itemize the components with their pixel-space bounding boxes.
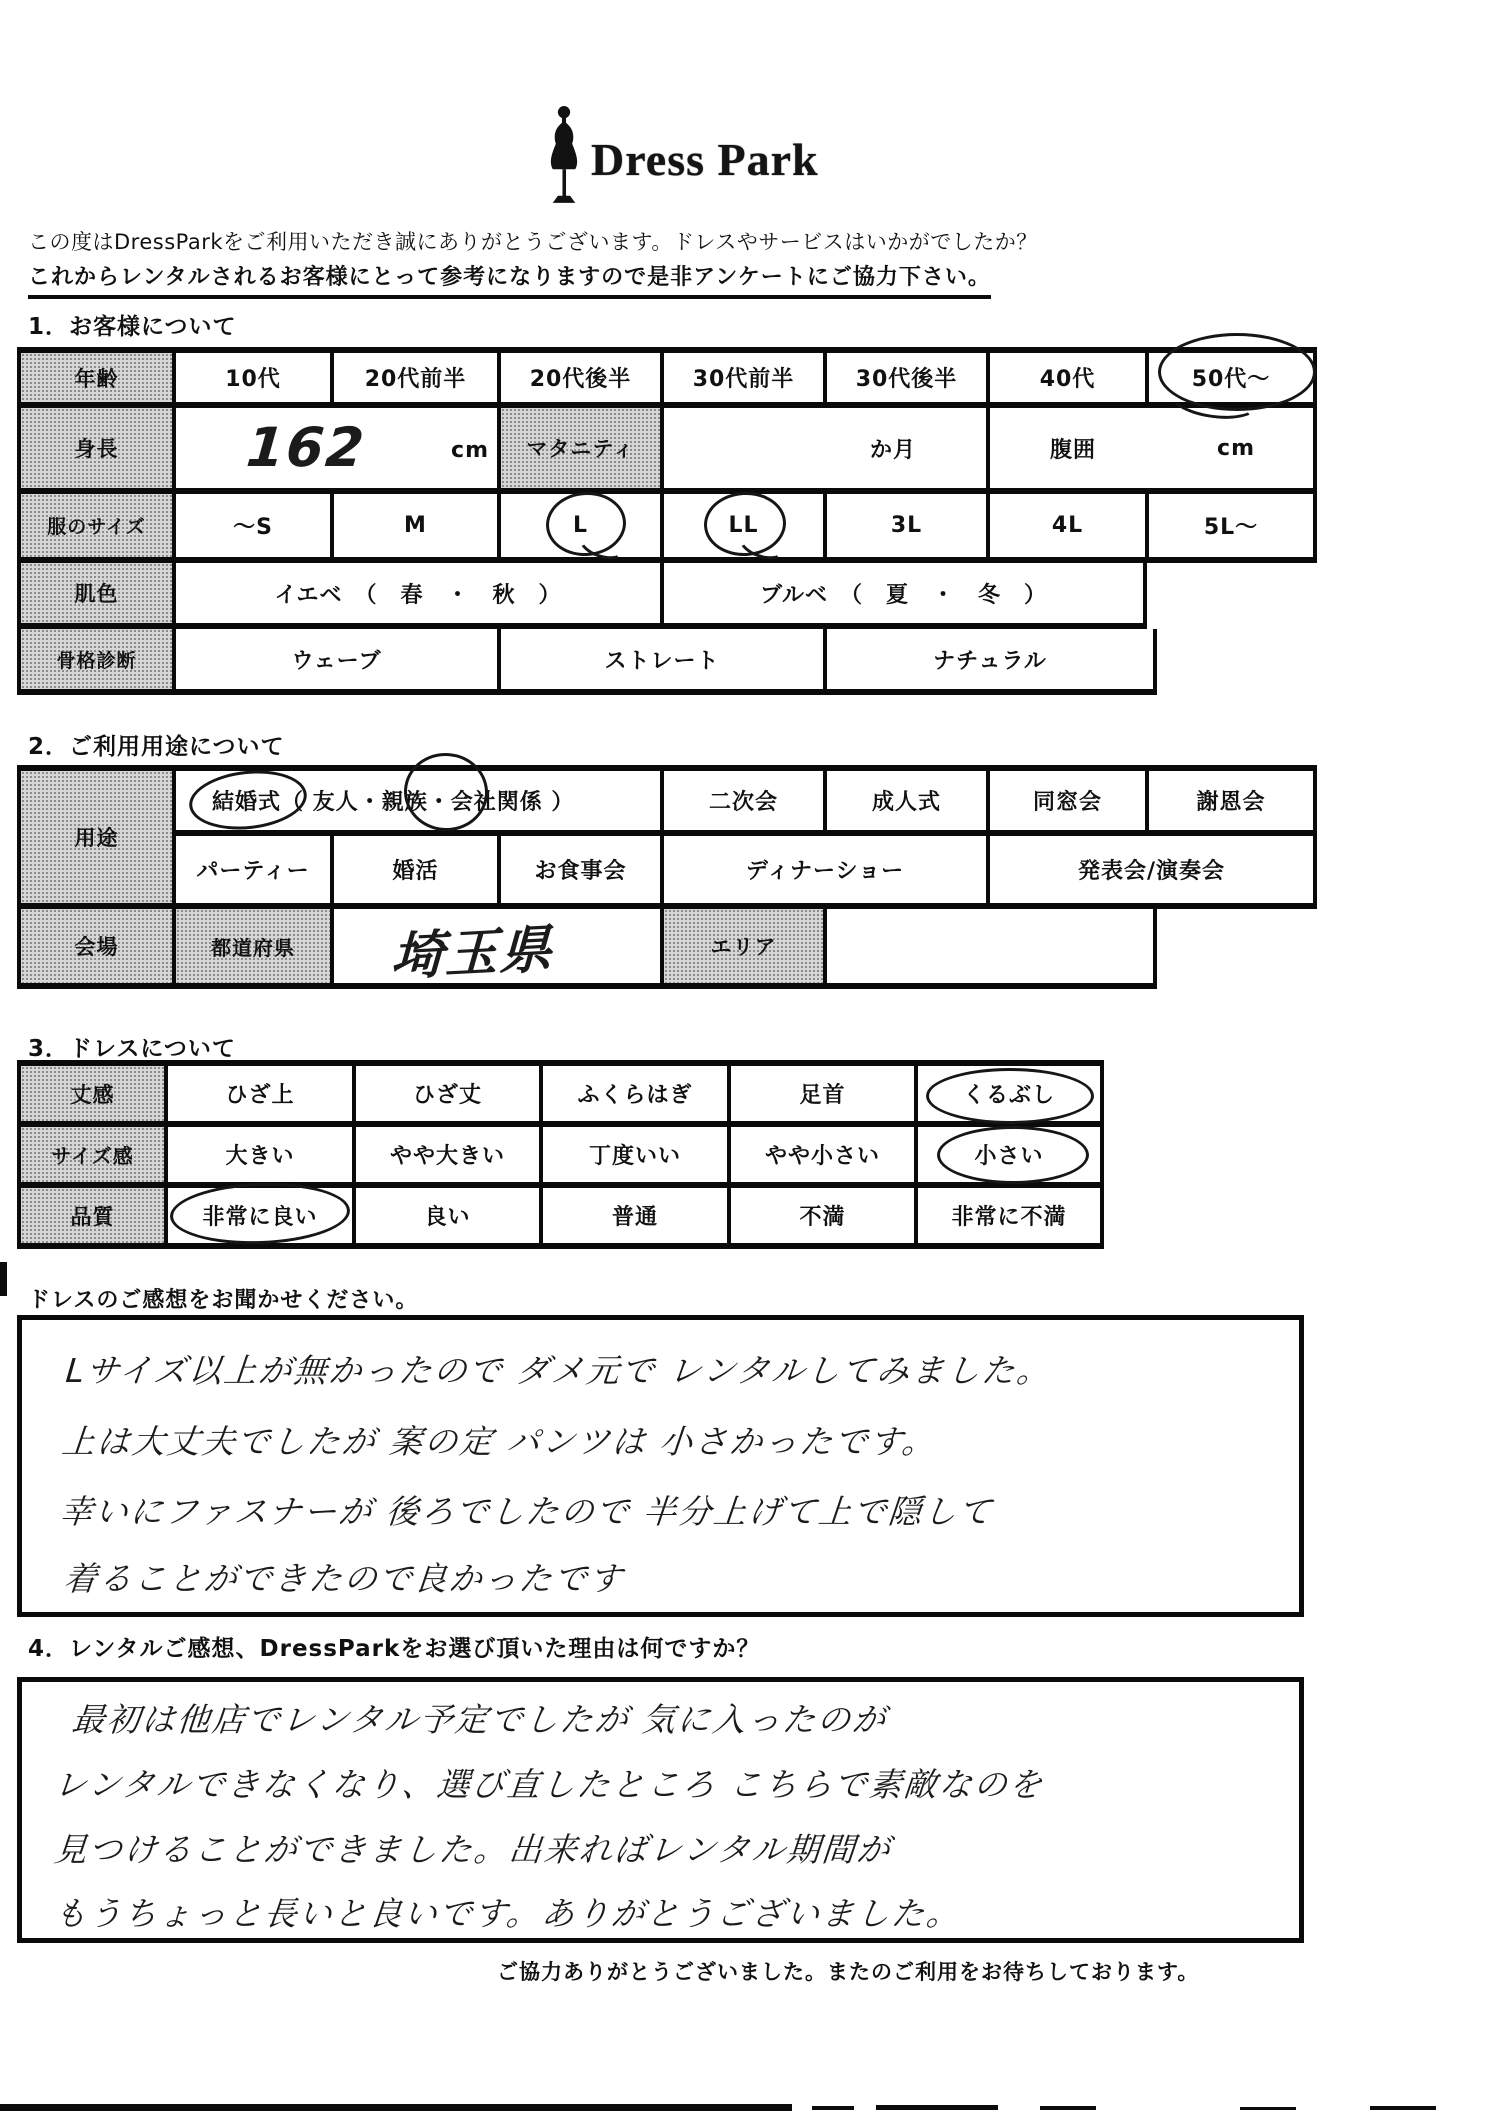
size-option-s: ～S <box>176 494 334 563</box>
feedback-box: Lサイズ以上が無かったので ダメ元で レンタルしてみました。 上は大丈夫でしたが… <box>17 1315 1304 1617</box>
scan-artifact-bottom-line-3 <box>876 2105 998 2110</box>
height-unit: cm <box>451 438 489 463</box>
height-label-cell: 身長 <box>21 408 176 494</box>
skin-option-yellow-base: イエベ （ 春 ・ 秋 ） <box>176 563 664 629</box>
quality-option-normal: 普通 <box>543 1188 731 1249</box>
age-label-cell: 年齢 <box>21 353 176 408</box>
feedback-line-4: 着ることができたので良かったです <box>62 1553 626 1600</box>
venue-row: 会場 都道府県 埼玉県 エリア <box>21 909 1317 989</box>
reason-line-1: 最初は他店でレンタル予定でしたが 気に入ったのが <box>70 1694 889 1741</box>
reason-line-3: 見つけることができました。出来ればレンタル期間が <box>52 1824 894 1871</box>
size-option-4l: 4L <box>990 494 1149 563</box>
length-option-knee: ひざ丈 <box>356 1066 543 1127</box>
scan-artifact-bottom-line-1 <box>0 2104 792 2111</box>
usage-label-cell: 用途 <box>21 771 176 909</box>
usage-option-reunion: 同窓会 <box>990 771 1149 836</box>
age-option-late30s: 30代後半 <box>827 353 990 408</box>
venue-pref-handwritten-value: 埼玉県 <box>390 907 555 990</box>
usage-row-2: パーティー 婚活 お食事会 ディナーショー 発表会/演奏会 <box>176 836 1317 909</box>
venue-label-cell: 会場 <box>21 909 176 989</box>
skin-option-blue-base: ブルベ （ 夏 ・ 冬 ） <box>664 563 1147 629</box>
venue-area-value-cell <box>827 909 1157 989</box>
quality-option-dissatisfied: 不満 <box>731 1188 918 1249</box>
feedback-line-1: Lサイズ以上が無かったので ダメ元で レンタルしてみました。 <box>64 1345 1054 1392</box>
reason-line-4: もうちょっと長いと良いです。ありがとうございました。 <box>52 1888 963 1935</box>
customer-info-table: 年齢 10代 20代前半 20代後半 30代前半 30代後半 40代 50代～ … <box>17 347 1317 695</box>
fit-label-cell: サイズ感 <box>21 1127 168 1188</box>
skin-label-cell: 肌色 <box>21 563 176 629</box>
usage-option-dinner-show: ディナーショー <box>664 836 990 909</box>
age-option-late20s: 20代後半 <box>501 353 664 408</box>
frame-option-straight: ストレート <box>501 629 827 695</box>
intro-line-1: この度はDressParkをご利用いただき誠にありがとうございます。ドレスやサー… <box>28 226 1038 256</box>
fit-option-large: 大きい <box>168 1127 356 1188</box>
fit-option-slightly-small: やや小さい <box>731 1127 918 1188</box>
quality-option-very-dissatisfied: 非常に不満 <box>918 1188 1104 1249</box>
waist-unit: cm <box>1217 436 1255 461</box>
frame-option-wave: ウェーブ <box>176 629 501 695</box>
usage-option-konkatsu: 婚活 <box>334 836 501 909</box>
feedback-prompt: ドレスのご感想をお聞かせください。 <box>28 1283 418 1314</box>
usage-option-coming-of-age: 成人式 <box>827 771 990 836</box>
frame-label-cell: 骨格診断 <box>21 629 176 695</box>
size-option-5l: 5L～ <box>1149 494 1317 563</box>
venue-pref-label-cell: 都道府県 <box>176 909 334 989</box>
height-value-cell: 162 cm <box>176 408 501 494</box>
maternity-months-cell: か月 <box>664 408 990 494</box>
maternity-cell: マタニティ <box>501 408 664 494</box>
quality-option-good: 良い <box>356 1188 543 1249</box>
scan-artifact-bottom-line-4 <box>1040 2106 1096 2110</box>
fit-option-slightly-large: やや大きい <box>356 1127 543 1188</box>
size-option-3l: 3L <box>827 494 990 563</box>
section3-title: 3．ドレスについて <box>28 1030 236 1063</box>
venue-pref-value-cell: 埼玉県 <box>334 909 664 989</box>
usage-option-party: パーティー <box>176 836 334 909</box>
size-label-cell: 服のサイズ <box>21 494 176 563</box>
usage-option-recital: 発表会/演奏会 <box>990 836 1317 909</box>
length-option-calf: ふくらはぎ <box>543 1066 731 1127</box>
section1-title: 1．お客様について <box>28 308 237 341</box>
brand-name: Dress Park <box>591 133 819 186</box>
age-option-early30s: 30代前半 <box>664 353 827 408</box>
usage-row-1: 結婚式（ 友人・親族・会社関係 ） 二次会 成人式 同窓会 謝恩会 <box>176 771 1317 836</box>
scanned-questionnaire-page: Dress Park この度はDressParkをご利用いただき誠にありがとうご… <box>0 0 1500 2127</box>
feedback-line-3: 幸いにファスナーが 後ろでしたので 半分上げて上で隠して <box>58 1486 995 1533</box>
age-option-40s: 40代 <box>990 353 1149 408</box>
age-option-early20s: 20代前半 <box>334 353 501 408</box>
length-label-cell: 丈感 <box>21 1066 168 1127</box>
reason-box: 最初は他店でレンタル予定でしたが 気に入ったのが レンタルできなくなり、選び直し… <box>17 1677 1304 1943</box>
feedback-line-2: 上は大丈夫でしたが 案の定 パンツは 小さかったです。 <box>60 1416 939 1463</box>
fit-option-just-right: 丁度いい <box>543 1127 731 1188</box>
age-option-10s: 10代 <box>176 353 334 408</box>
usage-option-thanks-party: 謝恩会 <box>1149 771 1317 836</box>
waist-label: 腹囲 <box>1050 433 1096 464</box>
selection-circle-small-fit <box>937 1126 1089 1184</box>
footer-note: ご協力ありがとうございました。またのご利用をお待ちしております。 <box>497 1956 1199 1986</box>
dress-mannequin-icon <box>545 105 583 207</box>
brand-logo: Dress Park <box>545 105 819 207</box>
size-option-m: M <box>334 494 501 563</box>
intro-line-2: これからレンタルされるお客様にとって参考になりますので是非アンケートにご協力下さ… <box>28 260 991 299</box>
skin-row: 肌色 イエベ （ 春 ・ 秋 ） ブルベ （ 夏 ・ 冬 ） <box>21 563 1317 629</box>
scan-artifact-bottom-line-2 <box>812 2106 854 2110</box>
section2-title: 2．ご利用用途について <box>28 728 285 761</box>
venue-area-label-cell: エリア <box>664 909 827 989</box>
waist-cell: 腹囲 cm <box>990 408 1317 494</box>
scan-artifact-bottom-line-5 <box>1240 2107 1296 2110</box>
length-option-above-knee: ひざ上 <box>168 1066 356 1127</box>
scan-artifact-bottom-line-6 <box>1370 2106 1436 2110</box>
frame-row: 骨格診断 ウェーブ ストレート ナチュラル <box>21 629 1317 695</box>
reason-line-2: レンタルできなくなり、選び直したところ こちらで素敵なのを <box>52 1759 1046 1806</box>
length-option-ankle-top: 足首 <box>731 1066 918 1127</box>
size-row: 服のサイズ ～S M L LL 3L 4L 5L～ <box>21 494 1317 563</box>
usage-option-afterparty: 二次会 <box>664 771 827 836</box>
age-row: 年齢 10代 20代前半 20代後半 30代前半 30代後半 40代 50代～ <box>21 353 1317 408</box>
height-row: 身長 162 cm マタニティ か月 腹囲 cm <box>21 408 1317 494</box>
selection-circle-ankle-length <box>926 1068 1094 1124</box>
usage-option-dinner-party: お食事会 <box>501 836 664 909</box>
scan-artifact-left-mark <box>0 1262 7 1296</box>
quality-label-cell: 品質 <box>21 1188 168 1249</box>
section4-title: 4．レンタルご感想、DressParkをお選び頂いた理由は何ですか？ <box>28 1630 760 1663</box>
frame-option-natural: ナチュラル <box>827 629 1157 695</box>
height-handwritten-value: 162 <box>244 416 368 479</box>
